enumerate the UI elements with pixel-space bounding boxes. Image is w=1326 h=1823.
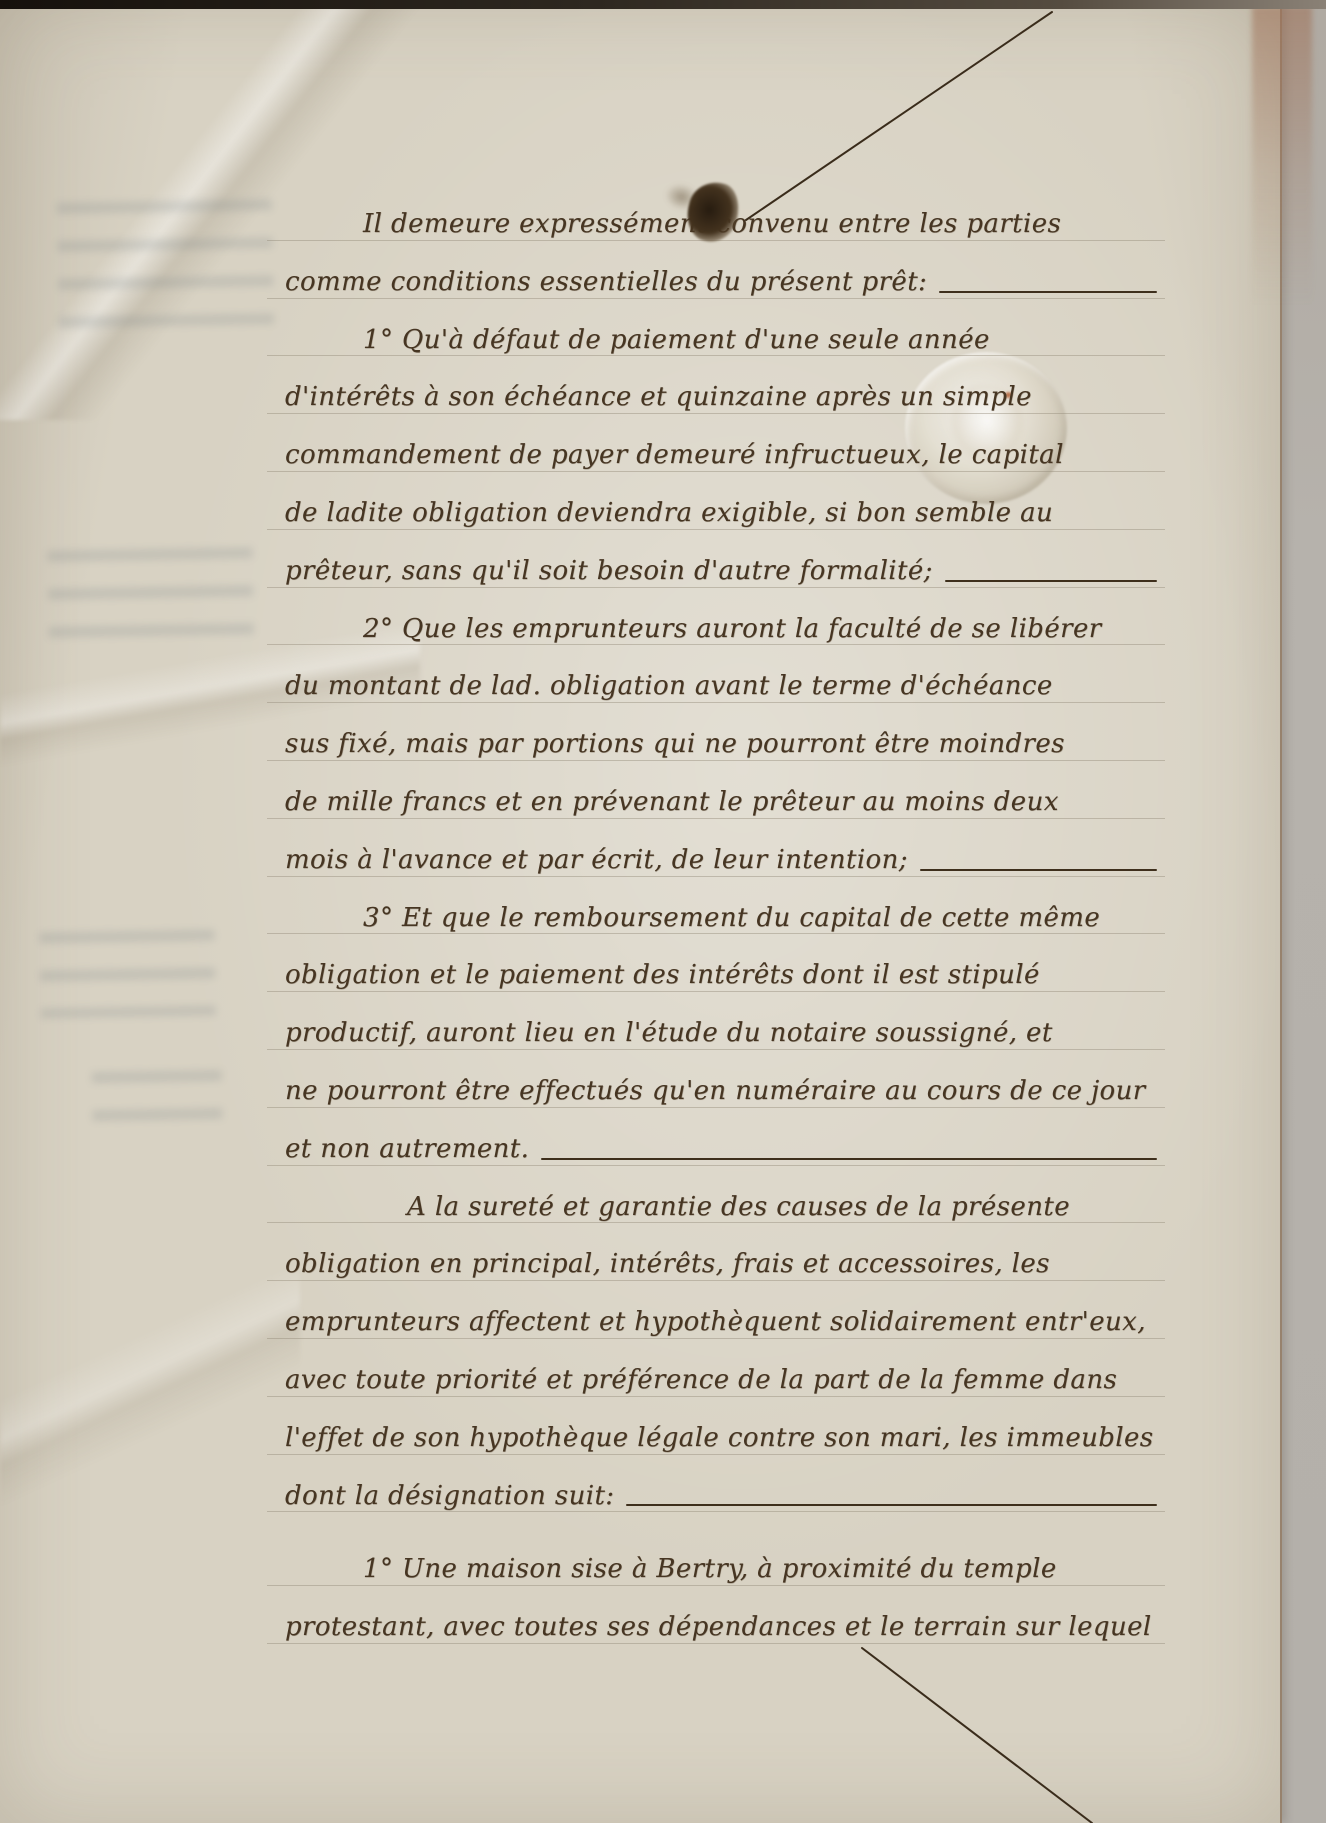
- filler-rule: [945, 580, 1157, 582]
- filler-rule: [626, 1504, 1157, 1506]
- manuscript-line: sus fixé, mais par portions qui ne pourr…: [285, 716, 1163, 774]
- manuscript-line: commandement de payer demeuré infructueu…: [285, 427, 1163, 485]
- pen-stroke-top-right: [746, 12, 1052, 220]
- show-through-verso-text: [57, 190, 275, 344]
- manuscript-line: productif, auront lieu en l'étude du not…: [285, 1005, 1163, 1063]
- manuscript-line: ne pourront être effectués qu'en numérai…: [285, 1063, 1163, 1121]
- pen-stroke-bottom-right: [862, 1648, 1092, 1823]
- manuscript-line: protestant, avec toutes ses dépendances …: [285, 1599, 1163, 1657]
- manuscript-line: de mille francs et en prévenant le prête…: [285, 774, 1163, 832]
- manuscript-line: et non autrement.: [285, 1121, 1163, 1179]
- scan-top-edge: [0, 0, 1326, 9]
- manuscript-line: 2° Que les emprunteurs auront la faculté…: [285, 601, 1163, 659]
- filler-rule: [939, 291, 1157, 293]
- filler-rule: [541, 1158, 1157, 1160]
- manuscript-line: comme conditions essentielles du présent…: [285, 254, 1163, 312]
- manuscript-line: obligation et le paiement des intérêts d…: [285, 947, 1163, 1005]
- manuscript-line: 1° Qu'à défaut de paiement d'une seule a…: [285, 312, 1163, 370]
- show-through-verso-text: [47, 538, 254, 642]
- paper-crease: [0, 1180, 300, 1560]
- manuscript-line: A la sureté et garantie des causes de la…: [285, 1179, 1163, 1237]
- manuscript-line: avec toute priorité et préférence de la …: [285, 1352, 1163, 1410]
- filler-rule: [920, 869, 1157, 871]
- show-through-verso-text: [39, 920, 216, 1018]
- manuscript-line: d'intérêts à son échéance et quinzaine a…: [285, 369, 1163, 427]
- manuscript-line: prêteur, sans qu'il soit besoin d'autre …: [285, 543, 1163, 601]
- manuscript-line: 1° Une maison sise à Bertry, à proximité…: [285, 1541, 1163, 1599]
- manuscript-line: du montant de lad. obligation avant le t…: [285, 658, 1163, 716]
- manuscript-line: dont la désignation suit:: [285, 1468, 1163, 1526]
- manuscript-line: 3° Et que le remboursement du capital de…: [285, 890, 1163, 948]
- manuscript-line: l'effet de son hypothèque légale contre …: [285, 1410, 1163, 1468]
- manuscript-line: mois à l'avance et par écrit, de leur in…: [285, 832, 1163, 890]
- manuscript-line: emprunteurs affectent et hypothèquent so…: [285, 1294, 1163, 1352]
- manuscript-line: obligation en principal, intérêts, frais…: [285, 1236, 1163, 1294]
- show-through-verso-text: [91, 1061, 222, 1123]
- manuscript-page: Il demeure expressément convenu entre le…: [0, 0, 1282, 1823]
- manuscript-text: Il demeure expressément convenu entre le…: [285, 196, 1163, 1657]
- scan-corner-streak: [1252, 6, 1312, 306]
- manuscript-line: de ladite obligation deviendra exigible,…: [285, 485, 1163, 543]
